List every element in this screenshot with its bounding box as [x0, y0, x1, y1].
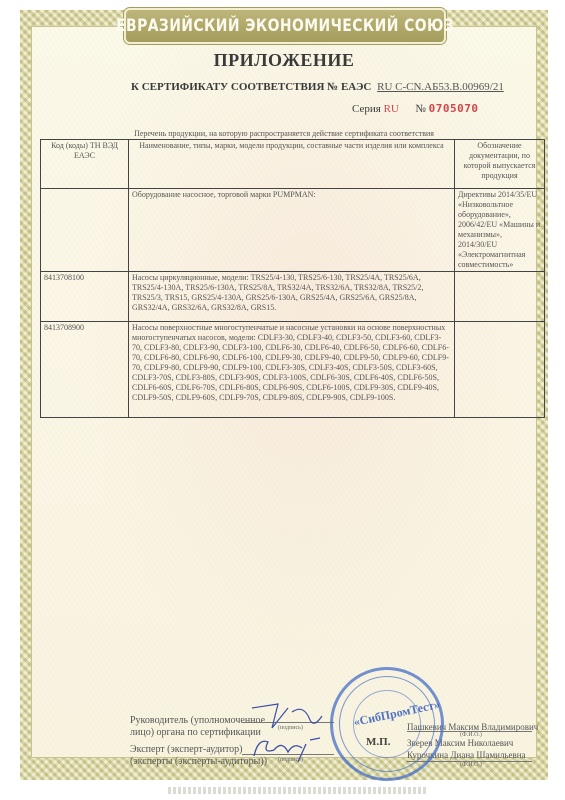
page-title: ПРИЛОЖЕНИЕ: [20, 50, 548, 71]
number-label: №: [415, 103, 426, 115]
cell-docs: [455, 272, 545, 322]
form-number: 0705070: [429, 102, 479, 115]
head-signature-caption: (подпись): [278, 725, 303, 731]
head-label: Руководитель (уполномоченное лицо) орган…: [130, 715, 267, 739]
series-label: Серия: [352, 103, 381, 115]
signature-labels: Руководитель (уполномоченное лицо) орган…: [130, 715, 267, 773]
head-signature-line: [242, 722, 334, 723]
expert-signature-caption: (подпись): [278, 757, 303, 763]
union-banner: ЕВРАЗИЙСКИЙ ЭКОНОМИЧЕСКИЙ СОЮЗ: [124, 8, 446, 44]
cell-code: 8413708100: [41, 272, 129, 322]
cell-description: Насосы поверхностные многоступенчатые и …: [129, 322, 455, 418]
cell-description: Оборудование насосное, торговой марки PU…: [129, 189, 455, 272]
table-row: 8413708100 Насосы циркуляционные, модели…: [41, 272, 545, 322]
cell-description: Насосы циркуляционные, модели: TRS25/4-1…: [129, 272, 455, 322]
expert-name-1: Зверев Максим Николаевич: [407, 737, 538, 749]
certificate-sheet: ЕВРАЗИЙСКИЙ ЭКОНОМИЧЕСКИЙ СОЮЗ ПРИЛОЖЕНИ…: [20, 10, 548, 780]
cell-code: 8413708900: [41, 322, 129, 418]
expert-label: Эксперт (эксперт-аудитор) (эксперты (экс…: [130, 744, 267, 768]
series-value: RU: [384, 103, 399, 115]
table-header-row: Код (коды) ТН ВЭД ЕАЭС Наименование, тип…: [41, 140, 545, 189]
table-caption: Перечень продукции, на которую распростр…: [20, 129, 548, 138]
cell-docs: [455, 322, 545, 418]
cell-docs: Директивы 2014/35/EU «Низковольтное обор…: [455, 189, 545, 272]
certificate-label: К СЕРТИФИКАТУ СООТВЕТСТВИЯ № ЕАЭС: [131, 81, 371, 93]
column-header-docs: Обозначение документации, по которой вып…: [455, 140, 545, 189]
table-row: Оборудование насосное, торговой марки PU…: [41, 189, 545, 272]
seal-label: М.П.: [366, 736, 390, 748]
expert-name-caption: (Ф.И.О.): [460, 762, 482, 768]
certificate-number: RU C-CN.АБ53.В.00969/21: [377, 81, 504, 93]
column-header-code: Код (коды) ТН ВЭД ЕАЭС: [41, 140, 129, 189]
head-name: Пашкевич Максим Владимирович: [407, 721, 538, 733]
footer-print: [168, 787, 428, 794]
column-header-description: Наименование, типы, марки, модели продук…: [129, 140, 455, 189]
expert-signature-line: [242, 754, 334, 755]
signatory-names: Пашкевич Максим Владимирович Зверев Макс…: [407, 721, 538, 761]
certificate-line: К СЕРТИФИКАТУ СООТВЕТСТВИЯ № ЕАЭС RU C-C…: [131, 81, 504, 93]
series-line: Серия RU № 0705070: [352, 102, 478, 115]
product-table: Код (коды) ТН ВЭД ЕАЭС Наименование, тип…: [40, 139, 545, 418]
table-row: 8413708900 Насосы поверхностные многосту…: [41, 322, 545, 418]
union-banner-text: ЕВРАЗИЙСКИЙ ЭКОНОМИЧЕСКИЙ СОЮЗ: [116, 16, 454, 36]
expert-name-2: Курочкина Диана Шамильевна: [407, 749, 538, 761]
cell-code: [41, 189, 129, 272]
